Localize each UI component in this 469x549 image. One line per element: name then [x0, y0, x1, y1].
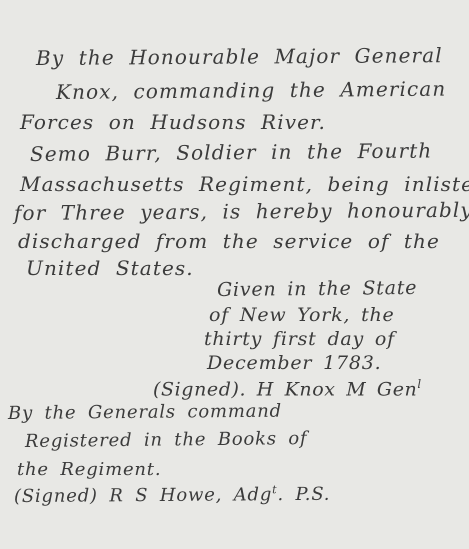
signature-superscript: l: [417, 377, 421, 391]
knox-signature-line: (Signed). H Knox M Genl: [153, 377, 422, 400]
signature-suffix: . P.S.: [277, 484, 330, 505]
handwritten-line: thirty first day of: [204, 328, 395, 350]
howe-signature-line: (Signed) R S Howe, Adgt. P.S.: [14, 483, 330, 507]
handwritten-line: By the Generals command: [8, 401, 282, 424]
signature-text: (Signed). H Knox M Gen: [153, 378, 417, 400]
handwritten-line: Given in the State: [217, 277, 418, 301]
handwritten-line: of New York, the: [209, 304, 395, 326]
handwritten-line: Semo Burr, Soldier in the Fourth: [30, 138, 433, 166]
scanned-discharge-document: By the Honourable Major General Knox, co…: [0, 0, 469, 549]
handwritten-line: discharged from the service of the: [18, 229, 440, 253]
handwritten-line: United States.: [26, 256, 194, 280]
handwritten-line: the Regiment.: [17, 459, 161, 480]
handwritten-line: Registered in the Books of: [25, 428, 308, 452]
signature-text: (Signed) R S Howe, Adg: [14, 484, 272, 507]
handwritten-line: December 1783.: [207, 352, 382, 374]
handwritten-line: for Three years, is hereby honourably: [14, 198, 469, 225]
handwritten-line: Massachusetts Regiment, being inlisted: [20, 172, 469, 196]
handwritten-line: Knox, commanding the American: [56, 77, 446, 104]
handwritten-line: Forces on Hudsons River.: [20, 110, 326, 134]
handwritten-line: By the Honourable Major General: [36, 43, 443, 70]
